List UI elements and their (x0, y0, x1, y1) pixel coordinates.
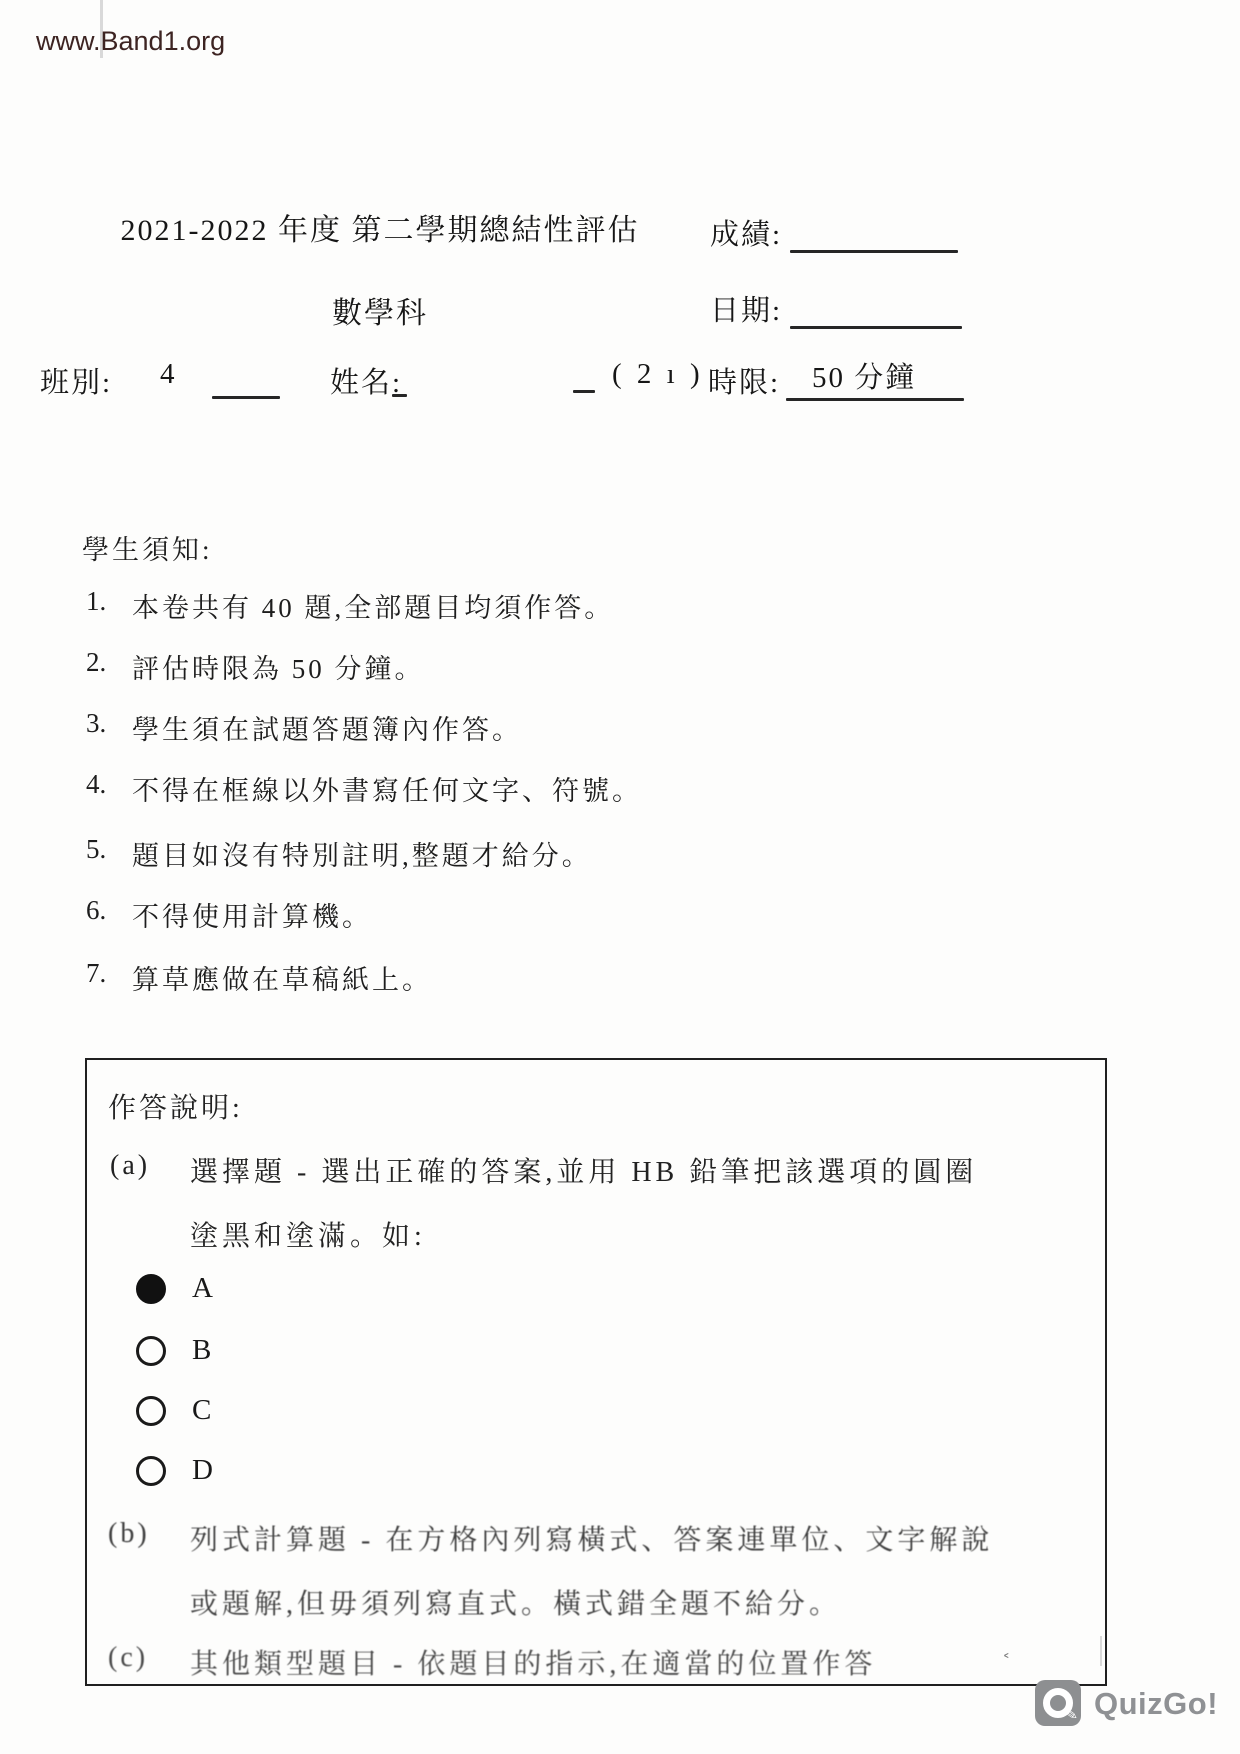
bubble-b-icon (136, 1336, 166, 1366)
note-number: 7. (86, 958, 106, 989)
subject-title: 數學科 (120, 288, 640, 332)
option-a-label: A (192, 1272, 213, 1305)
name-blank-mark-2 (573, 390, 595, 393)
class-blank-line (212, 396, 280, 399)
scan-artifact-line (1100, 1636, 1102, 1666)
name-blank-mark (392, 394, 407, 397)
note-item: 學生須在試題答題簿內作答。 (132, 708, 522, 747)
instruction-c-text: 其他類型題目 - 依題目的指示,在適當的位置作答 (190, 1642, 876, 1682)
option-c-label: C (192, 1394, 211, 1427)
time-limit-value: 50 分鐘 (812, 355, 916, 396)
note-number: 5. (86, 834, 106, 865)
note-item: 評估時限為 50 分鐘。 (132, 647, 425, 686)
score-label: 成績: (710, 212, 782, 253)
note-item: 題目如沒有特別註明,整題才給分。 (132, 834, 592, 873)
note-number: 3. (86, 708, 106, 739)
watermark-url: www.Band1.org (36, 26, 225, 57)
scan-speck: ˂ (1002, 1652, 1011, 1672)
note-item: 不得使用計算機。 (132, 895, 372, 934)
date-label: 日期: (710, 288, 782, 329)
time-limit-label: 時限: (708, 360, 780, 401)
bubble-d-icon (136, 1456, 166, 1486)
note-number: 1. (86, 586, 106, 617)
instruction-b-text2: 或題解,但毋須列寫直式。橫式錯全題不給分。 (190, 1582, 841, 1622)
instruction-c-label: (c) (108, 1642, 148, 1674)
instruction-a-text2: 塗黑和塗滿。如: (190, 1214, 426, 1254)
option-b-label: B (192, 1334, 211, 1367)
time-blank-line (786, 398, 964, 401)
pencil-icon: ✎ (1064, 1705, 1080, 1725)
instruction-b-label: (b) (108, 1518, 150, 1550)
date-blank-line (790, 326, 962, 329)
score-blank-line (790, 250, 958, 253)
notes-heading: 學生須知: (82, 528, 213, 567)
note-item: 本卷共有 40 題,全部題目均須作答。 (132, 586, 614, 625)
note-item: 不得在框線以外書寫任何文字、符號。 (132, 769, 642, 808)
option-d-label: D (192, 1454, 213, 1487)
scanned-exam-page: www.Band1.org 2021-2022 年度 第二學期總結性評估 數學科… (0, 0, 1240, 1754)
bubble-c-icon (136, 1396, 166, 1426)
note-item: 算草應做在草稿紙上。 (132, 958, 432, 997)
instruction-a-label: (a) (110, 1150, 150, 1182)
paren-note: ( 2 ı ) (612, 358, 704, 391)
instructions-heading: 作答說明: (108, 1086, 243, 1126)
note-number: 2. (86, 647, 106, 678)
instruction-b-text: 列式計算題 - 在方格內列寫橫式、答案連單位、文字解說 (190, 1518, 993, 1558)
quizgo-logo-icon: ✎ (1035, 1680, 1081, 1726)
exam-title: 2021-2022 年度 第二學期總結性評估 (120, 205, 640, 249)
class-label: 班別: (40, 360, 112, 401)
note-number: 4. (86, 769, 106, 800)
instruction-a-text: 選擇題 - 選出正確的答案,並用 HB 鉛筆把該選項的圓圈 (190, 1150, 977, 1190)
bubble-a-icon (136, 1274, 166, 1304)
quizgo-logo-text: QuizGo! (1094, 1686, 1218, 1722)
class-value: 4 (160, 358, 177, 391)
note-number: 6. (86, 895, 106, 926)
